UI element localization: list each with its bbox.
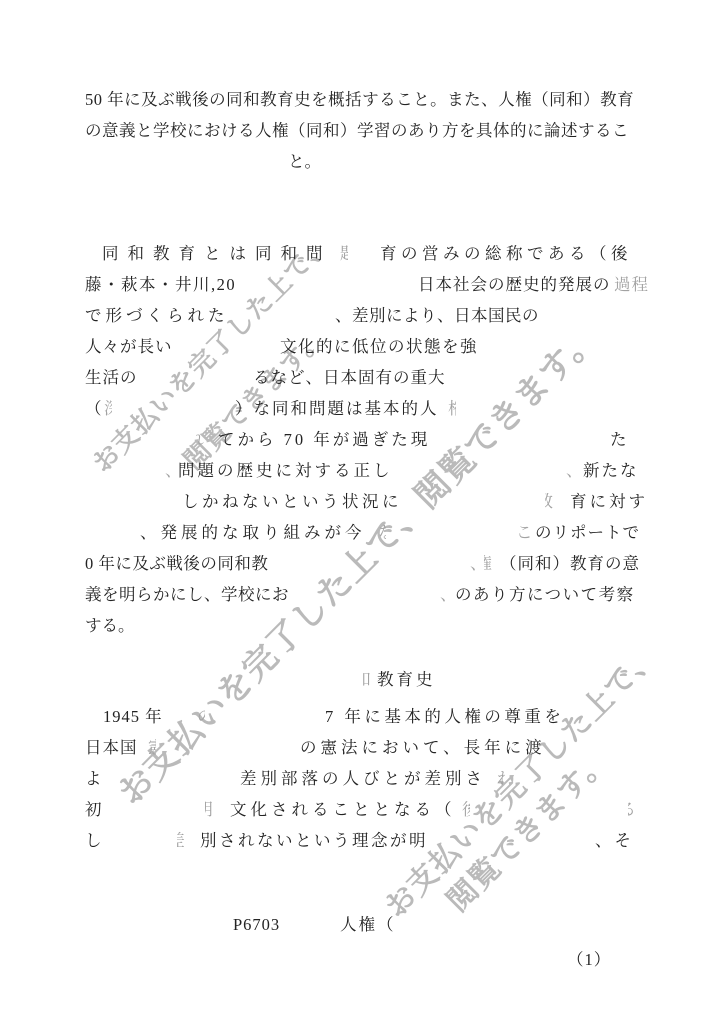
text-fragment: 4 [313,705,321,732]
text-fragment: の意義と学校における人権（同和）学習のあり方を具体的に論述するこ [85,119,629,143]
text-line: しかねないという状況に教育に対す [0,490,724,516]
text-fragment: 日本国 [85,736,138,760]
text-line: 1945 年の47 年に基本的人権の尊重を [0,705,724,731]
text-fragment: 、発展的な取り組みが今 [140,521,366,545]
text-line: （深）な同和問題は基本的人権 [0,397,724,423]
text-fragment: 権 [484,552,492,579]
text-fragment: しかねないという状況に [182,490,402,514]
text-line: の意義と学校における人権（同和）学習のあり方を具体的に論述するこ [0,119,724,145]
text-fragment: 生活の [85,366,138,390]
text-fragment: 、差別により、日本国民の [335,304,539,328]
text-fragment: よ [85,767,102,791]
text-line: 、発展的な取り組みが今なこのリポートで [0,521,724,547]
text-fragment: 新たな [583,459,639,483]
text-fragment: 過程 [614,273,649,297]
text-fragment: P6703 [233,913,280,937]
text-fragment: るなど、日本固有の重大 [253,366,446,390]
text-line: 0 年に及ぶ戦後の同和教、権（同和）教育の意 [0,552,724,578]
text-line: 藤・萩本・井川,20日本社会の歴史的発展の過程 [0,273,724,299]
text-fragment: 文化されることとなる（ [230,798,456,822]
text-fragment: 、そ [595,829,634,853]
text-fragment: こ [516,521,533,545]
text-line: 50 年に及ぶ戦後の同和教育史を概括すること。また、人権（同和）教育 [0,88,724,114]
text-fragment: な [378,521,386,548]
text-line: 和教育史 [0,668,724,694]
text-fragment: （同和）教育の意 [500,552,640,576]
text-fragment: 0 年に及ぶ戦後の同和教 [85,552,268,576]
text-fragment: 教育史 [377,668,436,692]
text-fragment: 憲 [148,736,156,763]
text-fragment: 育に対す [570,490,648,514]
text-line: する。 [0,614,724,640]
page-number: （1） [0,948,724,974]
text-fragment: （1） [567,948,611,972]
text-fragment: （ [85,397,102,421]
text-fragment: れ [196,428,204,455]
text-fragment: 人々が長い [85,335,173,359]
text-fragment: し [85,829,102,853]
text-line: 日本国憲の憲法において、長年に渡 [0,736,724,762]
text-fragment: のリポートで [535,521,640,545]
text-fragment: てから 70 年が過ぎた現 [218,428,430,452]
text-line: 義を明らかにし、学校にお、のあり方について考察 [0,583,724,609]
text-fragment: 文化的に低位の状態を強 [280,335,478,359]
text-fragment: の [197,705,205,732]
text-fragment: 7 年に基本的人権の尊重を [325,705,564,729]
text-fragment: 問題の歴史に対する正し [178,459,393,483]
text-fragment: する。 [85,614,135,638]
document-page: お支払いを完了した上で、閲覧できます。お支払いを完了した上で、閲覧できます。お支… [0,0,724,1024]
text-fragment: のあり方について考察 [455,583,635,607]
text-fragment: 、 [566,459,583,483]
text-fragment: 人権（ [340,913,396,937]
document-text-layer: 50 年に及ぶ戦後の同和教育史を概括すること。また、人権（同和）教育の意義と学校… [0,0,724,1024]
text-line: よ差別部落の人びとが差別され [0,767,724,793]
text-fragment: れ [497,767,505,794]
text-fragment: 同和教育とは同和問 [102,242,332,266]
text-fragment: 明 [205,798,213,825]
text-line: 初明文化されることとなる（後る [0,798,724,824]
text-line: で形づくられた、差別により、日本国民の [0,304,724,330]
text-line: 、問題の歴史に対する正し、新たな [0,459,724,485]
text-fragment: 差別部落の人びとが差別さ [240,767,486,791]
text-fragment: 育の営みの総称である（後 [380,242,632,266]
text-line: 同和教育とは同和問題育の営みの総称である（後 [0,242,724,268]
text-fragment: と。 [288,150,321,174]
text-fragment: 題 [340,242,348,269]
text-fragment: 権 [448,397,456,424]
text-line: し差別されないという理念が明、そ [0,829,724,855]
text-fragment: た [610,428,627,452]
text-fragment: 50 年に及ぶ戦後の同和教育史を概括すること。また、人権（同和）教育 [85,88,634,112]
text-fragment: る [628,798,636,825]
text-fragment: 別されないという理念が明 [200,829,428,853]
footer-line: P6703人権（ [0,913,724,939]
text-fragment: 義を明らかにし、学校にお [85,583,289,607]
text-fragment: で形づくられた [85,304,229,328]
text-fragment: 日本社会の歴史的発展の [418,273,611,297]
text-line: 生活のるなど、日本固有の重大 [0,366,724,392]
text-fragment: 和 [363,668,371,695]
text-line: 人々が長い文化的に低位の状態を強 [0,335,724,361]
text-fragment: 藤・萩本・井川,20 [85,273,236,297]
text-fragment: の憲法において、長年に渡 [300,736,546,760]
text-fragment: 教 [545,490,553,517]
text-fragment: 1945 年 [103,705,163,729]
text-fragment: 深 [104,397,112,424]
text-line: れてから 70 年が過ぎた現た [0,428,724,454]
text-fragment: ）な同和問題は基本的人 [235,397,439,421]
text-line: と。 [0,150,724,176]
text-fragment: 後 [462,798,470,825]
text-fragment: 差 [177,829,185,856]
text-fragment: 初 [85,798,102,822]
